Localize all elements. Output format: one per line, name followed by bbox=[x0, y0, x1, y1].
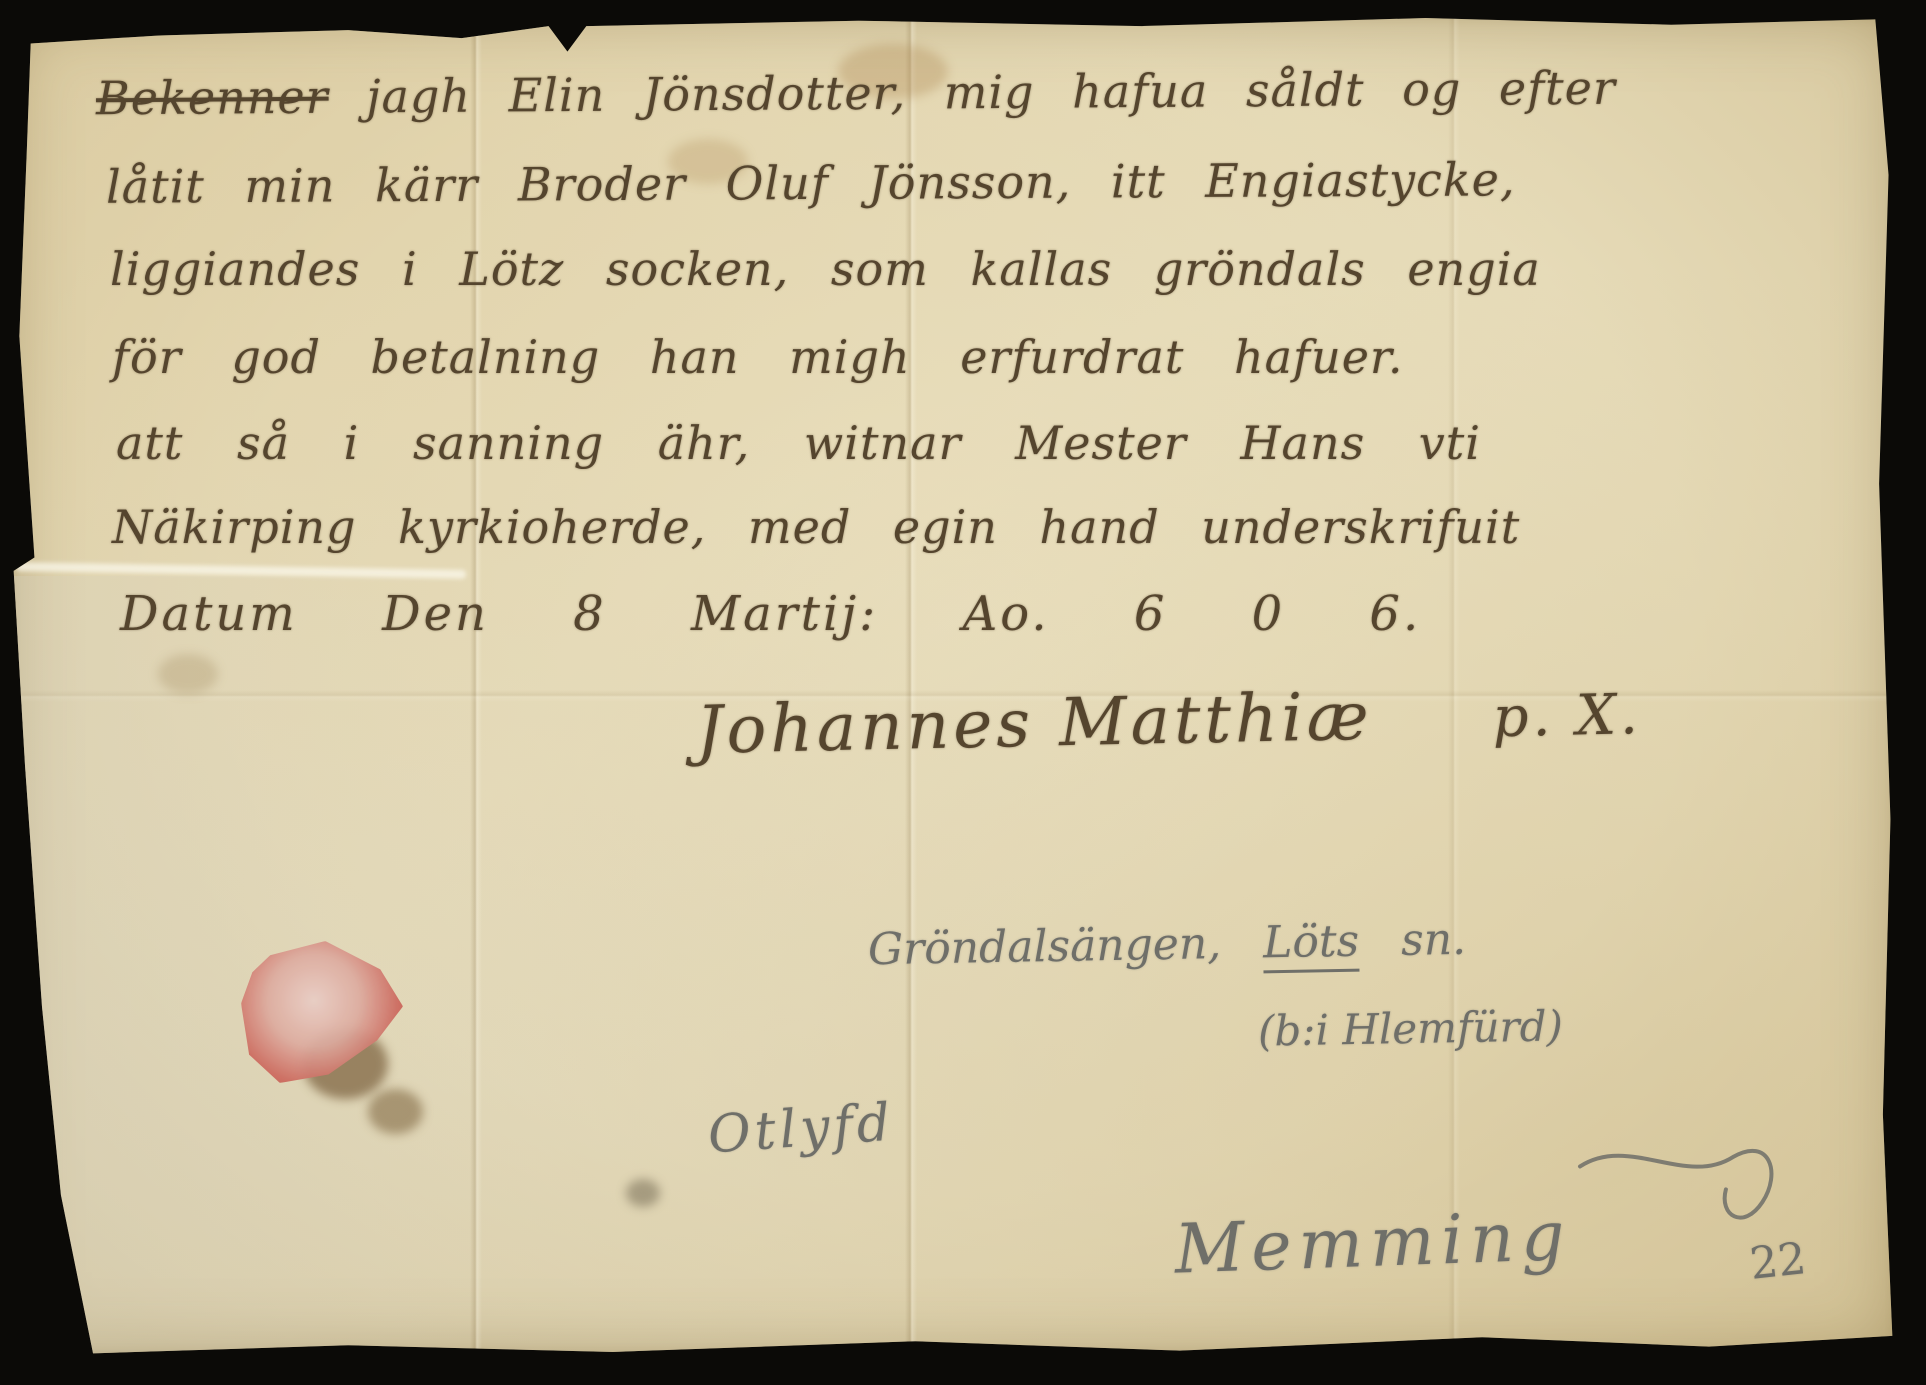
stain bbox=[368, 1089, 423, 1134]
stain bbox=[626, 1179, 660, 1207]
line-text: jagh Elin Jönsdotter, mig hafua såldt og… bbox=[366, 61, 1616, 124]
location-parish: Löts bbox=[1263, 916, 1360, 974]
signature-name: Johannes Matthiæ bbox=[695, 678, 1373, 769]
manuscript-line-4: för god betalning han migh erfurdrat haf… bbox=[112, 330, 1404, 384]
manuscript-date-line: Datum Den 8 Martij: Ao. 6 0 6. bbox=[120, 586, 1421, 642]
struck-word: Bekenner bbox=[96, 70, 329, 126]
scanner-background: Bekenner jagh Elin Jönsdotter, mig hafua… bbox=[0, 0, 1926, 1385]
page-number: 22 bbox=[1747, 1233, 1808, 1290]
manuscript-line-2: låtit min kärr Broder Oluf Jönsson, itt … bbox=[106, 152, 1516, 213]
location-prefix: Gröndalsängen, bbox=[868, 918, 1222, 975]
ink-signature: Johannes Matthiæ p. X. bbox=[695, 672, 1642, 769]
pencil-signature-text: Memming bbox=[1173, 1197, 1572, 1290]
manuscript-line-3: liggiandes i Lötz socken, som kallas grö… bbox=[110, 242, 1541, 296]
pencil-note-district: (b:i Hlemfürd) bbox=[1258, 1001, 1564, 1055]
pencil-word: Otlyfd bbox=[706, 1093, 896, 1166]
signature-mark: p. X. bbox=[1492, 682, 1642, 750]
manuscript-line-5: att så i sanning ähr, witnar Mester Hans… bbox=[116, 416, 1481, 470]
pencil-note-location: Gröndalsängen, Löts sn. bbox=[868, 914, 1467, 975]
manuscript-paper: Bekenner jagh Elin Jönsdotter, mig hafua… bbox=[8, 14, 1898, 1356]
manuscript-line-6: Näkirping kyrkioherde, med egin hand und… bbox=[112, 500, 1520, 554]
fold-crease-vertical-middle bbox=[905, 14, 917, 1356]
lower-left-flap-shading bbox=[8, 576, 493, 1356]
location-suffix: sn. bbox=[1401, 914, 1467, 966]
manuscript-line-1: Bekenner jagh Elin Jönsdotter, mig hafua… bbox=[96, 61, 1616, 126]
pencil-signature: Memming bbox=[1170, 1103, 1788, 1289]
stain bbox=[158, 654, 218, 694]
